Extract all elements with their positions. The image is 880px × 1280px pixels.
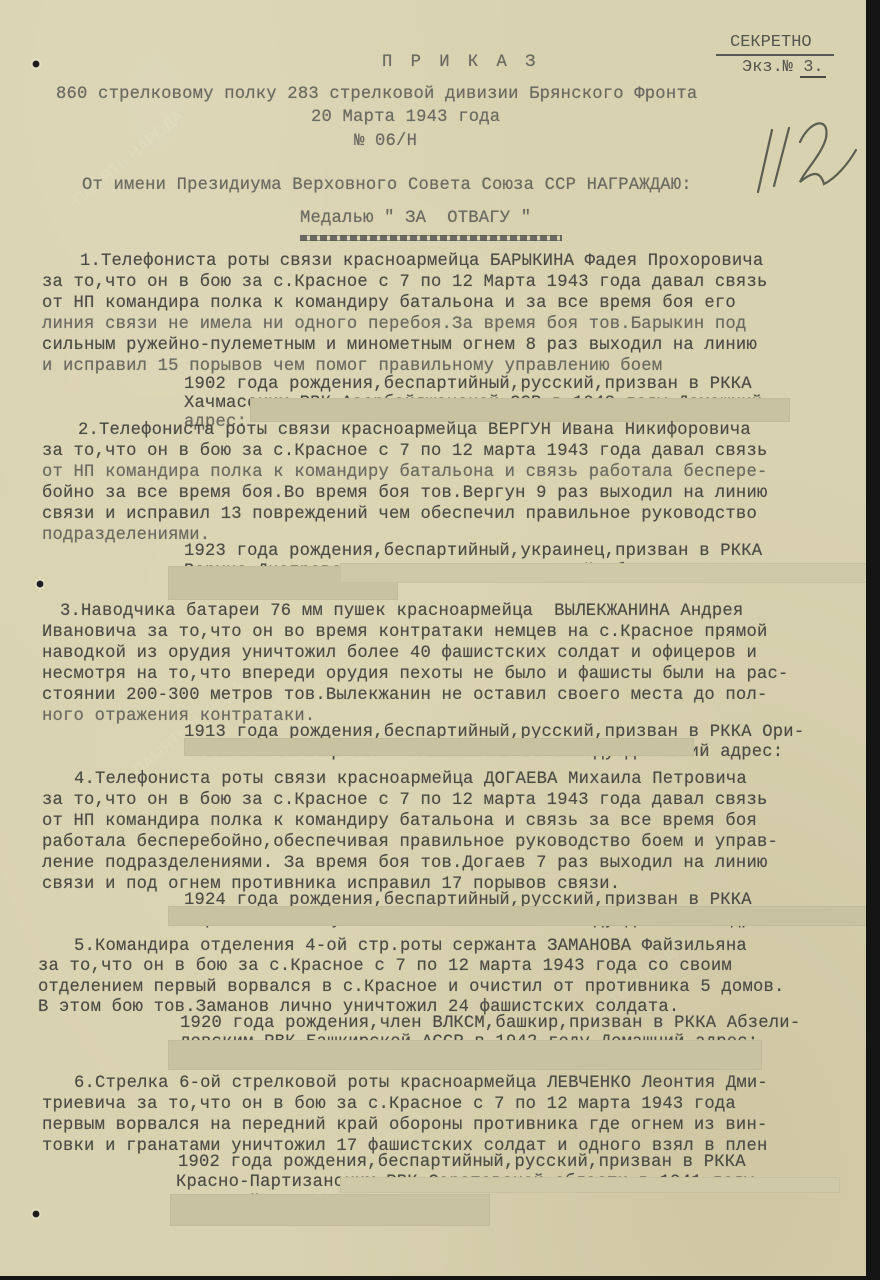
entry-line: за то,что он в бою за с.Красное с 7 по 1… [42, 441, 767, 462]
entry-line: за то,что он в бою за с.Красное с 7 по 1… [42, 272, 767, 293]
punch-hole-icon [30, 58, 42, 70]
handwritten-page-number-icon [752, 112, 872, 202]
copy-number-underline [800, 76, 826, 78]
entry-line: 3.Наводчика батареи 76 мм пушек красноар… [60, 601, 743, 622]
medal-name: Медалью " ЗА ОТВАГУ " [300, 208, 531, 229]
entry-line: наводкой из орудия уничтожил более 40 фа… [42, 643, 757, 664]
redaction-box [168, 906, 880, 926]
entry-line: Ивановича за то,что он во время контрата… [42, 622, 767, 643]
entry-line: стоянии 200-300 метров тов.Вылекжанин не… [42, 685, 767, 706]
document-title: П Р И К А З [382, 52, 539, 73]
preamble: От имени Президиума Верховного Совета Со… [82, 175, 692, 196]
redaction-box [250, 398, 790, 422]
bio-line: 1923 года рождения,беспартийный,украинец… [184, 541, 762, 562]
document-page: ПАМЯТЬ НАРОДА ПАМЯТЬ НАРОДА ПАМЯТЬ НАРОД… [0, 0, 866, 1276]
bio-line: 1902 года рождения,беспартийный,русский,… [184, 374, 752, 395]
entry-line: 6.Стрелка 6-ой стрелковой роты красноарм… [74, 1073, 768, 1094]
medal-underline [300, 235, 562, 241]
scan-border-bottom [0, 1276, 880, 1280]
entry-line: линия связи не имела ни одного перебоя.З… [42, 314, 746, 335]
entry-line: триевича за то,что он в бою за с.Красное… [42, 1094, 736, 1115]
punch-hole-icon [30, 1208, 42, 1220]
document-subtitle: 860 стрелковому полку 283 стрелковой див… [56, 84, 697, 105]
entry-line: 1.Телефониста роты связи красноармейца Б… [80, 251, 763, 272]
bio-line: 1920 года рождения,член ВЛКСМ,башкир,при… [180, 1013, 800, 1034]
redaction-box [340, 563, 870, 583]
entry-line: сильным ружейно-пулеметным и минометным … [42, 335, 757, 356]
order-number: № 06/Н [354, 131, 417, 152]
entry-line: бойно за все время боя.Во время боя тов.… [42, 483, 767, 504]
entry-line: 5.Командира отделения 4-ой стр.роты серж… [74, 936, 747, 957]
redaction-box [340, 1177, 840, 1193]
document-date: 20 Марта 1943 года [311, 107, 500, 128]
entry-line: за то,что он в бою за с.Красное с 7 по 1… [42, 790, 767, 811]
entry-line: несмотря на то,что впереди орудия пехоты… [42, 664, 789, 685]
entry-line: 2.Телефониста роты связи красноармейца В… [78, 420, 751, 441]
entry-line: отделением первый ворвался в с.Красное и… [38, 977, 785, 998]
redaction-box [168, 1040, 762, 1070]
entry-line: работала бесперебойно,обеспечивая правил… [42, 832, 778, 853]
entry-line: от НП командира полка к командиру баталь… [42, 462, 767, 483]
classification-stamp: СЕКРЕТНО [730, 33, 812, 52]
entry-line: 4.Телефониста роты связи красноармейца Д… [74, 769, 747, 790]
redaction-box [184, 738, 694, 756]
entry-line: ление подразделениями. За время боя тов.… [42, 853, 767, 874]
punch-hole-icon [34, 578, 46, 590]
entry-line: первым ворвался на передний край обороны… [42, 1115, 767, 1136]
entry-line: за то,что он в бою за с.Красное с 7 по 1… [38, 956, 732, 977]
classification-underline [716, 54, 834, 56]
copy-number: Экз.№ 3. [742, 58, 824, 77]
bio-line: 1902 года рождения,беспартийный,русский,… [178, 1152, 746, 1173]
redaction-box [170, 1194, 490, 1226]
entry-line: от НП командира полка к командиру баталь… [42, 293, 736, 314]
entry-line: от НП командира полка к командиру баталь… [42, 811, 757, 832]
scan-border-right [866, 0, 880, 1280]
entry-line: связи и исправил 13 повреждений чем обес… [42, 504, 757, 525]
